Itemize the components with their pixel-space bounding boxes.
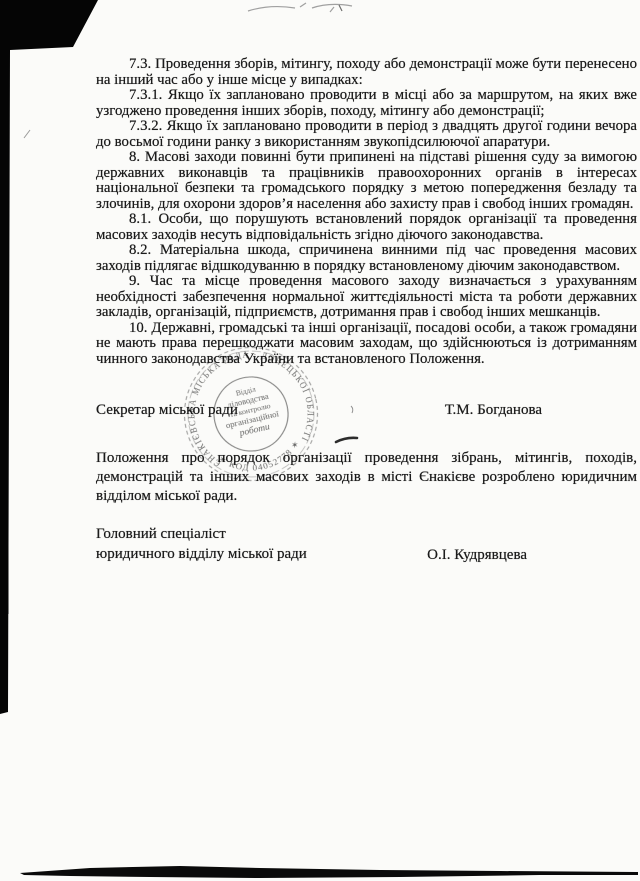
scan-edge-thick-segment bbox=[0, 488, 9, 614]
signature-row-specialist: Головний спеціаліст юридичного відділу м… bbox=[96, 525, 637, 564]
pen-dash-mark bbox=[336, 438, 357, 442]
scanned-document-page: 7.3. Проведення зборів, мітингу, походу … bbox=[0, 0, 640, 881]
paragraph-8-1: 8.1. Особи, що порушують встановлений по… bbox=[96, 212, 637, 243]
closing-paragraph: Положення про порядок організації провед… bbox=[96, 449, 637, 505]
paragraph-7-3: 7.3. Проведення зборів, мітингу, походу … bbox=[96, 57, 637, 88]
signature-title-secretary: Секретар міської ради bbox=[96, 402, 238, 419]
paragraph-7-3-1: 7.3.1. Якщо їх заплановано проводити в м… bbox=[96, 88, 637, 119]
signature-row-secretary: Секретар міської ради Т.М. Богданова bbox=[96, 402, 637, 419]
paragraph-9: 9. Час та місце проведення масового захо… bbox=[96, 274, 637, 321]
signature-title-specialist-line1: Головний спеціаліст bbox=[96, 525, 307, 545]
top-handwriting-fragment bbox=[248, 3, 352, 12]
paragraph-7-3-2: 7.3.2. Якщо їх заплановано проводити в п… bbox=[96, 119, 637, 150]
paragraph-10: 10. Державні, громадські та інші організ… bbox=[96, 321, 637, 368]
document-body: 7.3. Проведення зборів, мітингу, походу … bbox=[96, 57, 637, 367]
margin-tick-artifact bbox=[24, 130, 30, 138]
signature-title-specialist: Головний спеціаліст юридичного відділу м… bbox=[96, 525, 307, 564]
stamp-center-line-5: роботи bbox=[238, 421, 272, 439]
stamp-center-line-1: Відділ bbox=[235, 384, 257, 397]
scan-corner-and-edge-artifact bbox=[0, 0, 98, 714]
signature-name-bogdanova: Т.М. Богданова bbox=[445, 402, 637, 419]
paragraph-8: 8. Масові заходи повинні бути припинені … bbox=[96, 150, 637, 212]
scan-bottom-edge-artifact bbox=[20, 866, 638, 878]
signature-name-kudryavtseva: О.І. Кудрявцева bbox=[427, 547, 637, 564]
paragraph-8-2: 8.2. Матеріальна шкода, спричинена винни… bbox=[96, 243, 637, 274]
signature-title-specialist-line2: юридичного відділу міської ради bbox=[96, 545, 307, 565]
